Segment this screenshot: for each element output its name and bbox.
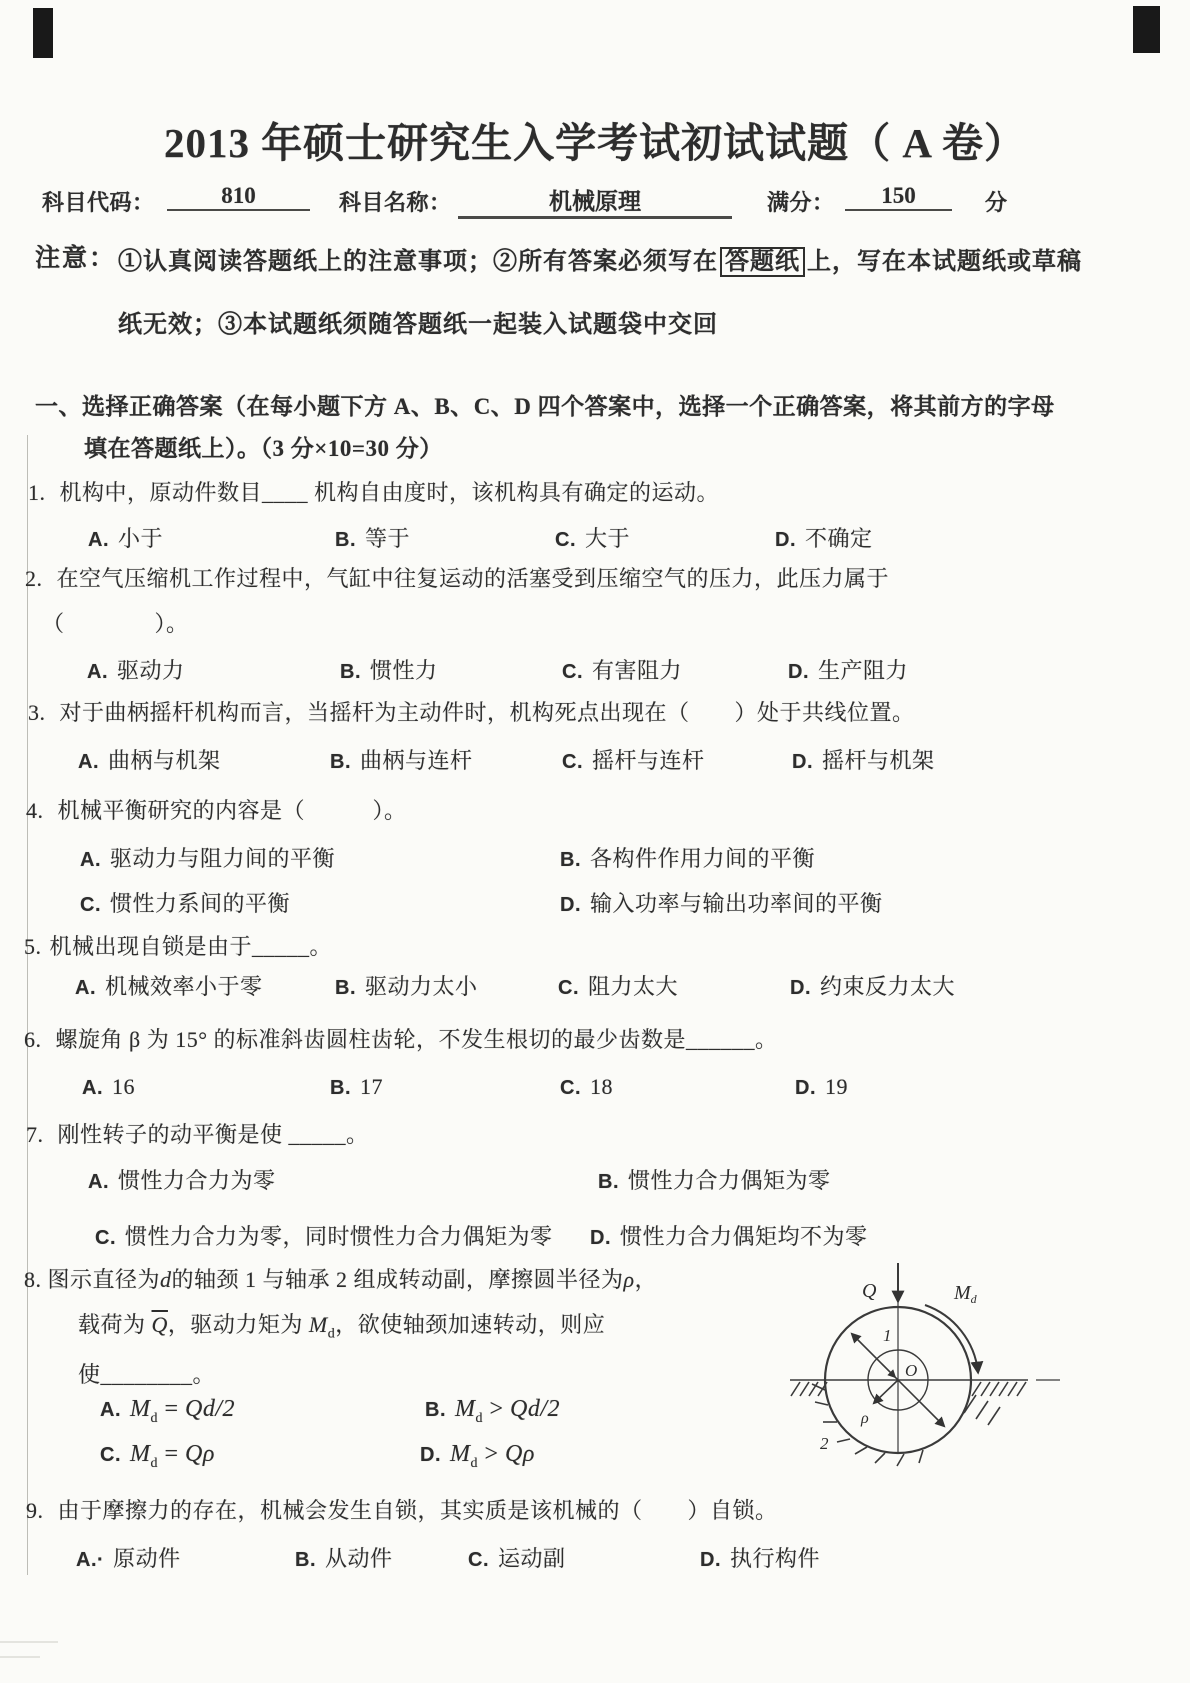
question-1-option-a: A.小于 <box>88 522 163 553</box>
math-sub: d <box>471 1456 479 1471</box>
question-9-option-a: A.·原动件 <box>76 1542 181 1573</box>
question-1-option-d: D.不确定 <box>775 522 873 553</box>
math-rhs: Qρ <box>185 1441 215 1467</box>
math-rhs: Qd/2 <box>510 1396 560 1422</box>
option-text: 摇杆与连杆 <box>592 748 705 773</box>
question-6-number: 6. <box>24 1027 42 1052</box>
math-m: M <box>130 1441 151 1467</box>
question-4-option-b: B.各构件作用力间的平衡 <box>560 842 815 873</box>
question-8-stem-line3: 使________。 <box>78 1358 215 1389</box>
notice-line-2: 纸无效；③本试题纸须随答题纸一起装入试题袋中交回 <box>118 304 718 339</box>
figure-load-label: Q <box>862 1280 877 1302</box>
question-7-option-b: B.惯性力合力偶矩为零 <box>598 1164 831 1195</box>
option-label: D. <box>792 751 813 773</box>
figure-part2-label: 2 <box>820 1434 829 1453</box>
option-text: 16 <box>112 1074 135 1099</box>
question-2: 2.在空气压缩机工作过程中，气缸中往复运动的活塞受到压缩空气的压力，此压力属于 <box>25 562 889 593</box>
question-7-option-a: A.惯性力合力为零 <box>88 1164 276 1195</box>
question-7: 7.刚性转子的动平衡是使 _____。 <box>26 1118 369 1149</box>
option-text: 驱动力太小 <box>365 974 478 999</box>
option-label: C. <box>95 1227 116 1249</box>
option-text: 运动副 <box>498 1546 566 1571</box>
math-rhs: Qρ <box>505 1441 535 1467</box>
q8-vector-q: Q <box>152 1312 168 1337</box>
math-m: M <box>455 1396 476 1422</box>
option-text: 大于 <box>585 526 630 551</box>
question-9-option-b: B.从动件 <box>295 1542 393 1573</box>
option-label: A. <box>82 1077 103 1099</box>
option-label: A. <box>88 529 109 551</box>
option-text: 约束反力太大 <box>820 974 955 999</box>
question-6-option-c: C.18 <box>560 1074 613 1100</box>
exam-paper-page: 2013 年硕士研究生入学考试初试试题（ A 卷） 科目代码： 810 科目名称… <box>0 0 1190 1683</box>
math-sub: d <box>151 1411 159 1426</box>
notice-line-1: ①认真阅读答题纸上的注意事项；②所有答案必须写在答题纸上，写在本试题纸或草稿 <box>118 241 1082 276</box>
question-3-option-b: B.曲柄与连杆 <box>330 744 473 775</box>
question-6-stem: 螺旋角 β 为 15° 的标准斜齿圆柱齿轮，不发生根切的最少齿数是______。 <box>56 1027 778 1052</box>
q8-journal-bearing-figure: Q Md O ρ 1 2 <box>778 1255 1078 1480</box>
question-4-stem: 机械平衡研究的内容是（ ）。 <box>58 798 407 823</box>
question-6: 6.螺旋角 β 为 15° 的标准斜齿圆柱齿轮，不发生根切的最少齿数是_____… <box>24 1023 778 1054</box>
option-text: 惯性力系间的平衡 <box>110 891 290 916</box>
question-7-option-d: D.惯性力合力偶矩均不为零 <box>590 1220 868 1251</box>
question-7-stem: 刚性转子的动平衡是使 _____。 <box>58 1122 369 1147</box>
question-8-option-c: C.Md = Qρ <box>100 1441 215 1472</box>
friction-radius-arrow <box>874 1380 898 1403</box>
option-label: D. <box>590 1227 611 1249</box>
option-label: D. <box>560 894 581 916</box>
question-4-option-c: C.惯性力系间的平衡 <box>80 887 290 918</box>
option-label: B. <box>425 1399 446 1421</box>
math-m: M <box>450 1441 471 1467</box>
question-3-option-c: C.摇杆与连杆 <box>562 744 705 775</box>
question-6-option-d: D.19 <box>795 1074 848 1100</box>
option-label: B. <box>295 1549 316 1571</box>
option-label: C. <box>558 977 579 999</box>
option-label: B. <box>335 529 356 551</box>
full-score-value: 150 <box>845 183 952 211</box>
question-1-number: 1. <box>28 480 46 505</box>
question-5-option-a: A.机械效率小于零 <box>75 970 263 1001</box>
question-8-number: 8. <box>24 1267 42 1292</box>
option-text: 惯性力合力为零 <box>118 1168 276 1193</box>
option-text: 生产阻力 <box>818 658 908 683</box>
notice-line1-post: 上，写在本试题纸或草稿 <box>807 249 1082 275</box>
question-5: 5.机械出现自锁是由于_____。 <box>24 930 332 961</box>
option-label: D. <box>775 529 796 551</box>
option-text: 执行构件 <box>730 1546 820 1571</box>
scan-mark-top-right <box>1133 6 1160 53</box>
question-9-option-c: C.运动副 <box>468 1542 566 1573</box>
option-label: A. <box>87 661 108 683</box>
option-text: 机械效率小于零 <box>105 974 263 999</box>
option-text: 不确定 <box>805 526 873 551</box>
question-9-number: 9. <box>26 1498 44 1523</box>
option-label: A. <box>75 977 96 999</box>
option-label: D. <box>790 977 811 999</box>
question-8-option-b: B.Md > Qd/2 <box>425 1396 560 1427</box>
question-3-number: 3. <box>28 700 46 725</box>
figure-center-label: O <box>905 1361 917 1380</box>
question-1: 1.机构中，原动件数目____ 机构自由度时，该机构具有确定的运动。 <box>28 476 719 507</box>
scan-artifact-line <box>0 1656 40 1658</box>
option-label: B. <box>330 1077 351 1099</box>
question-3-stem: 对于曲柄摇杆机构而言，当摇杆为主动件时，机构死点出现在（ ）处于共线位置。 <box>60 700 915 725</box>
question-1-stem: 机构中，原动件数目____ 机构自由度时，该机构具有确定的运动。 <box>60 480 720 505</box>
option-label: B. <box>335 977 356 999</box>
math-rel: = <box>165 1441 179 1467</box>
section1-heading-line1: 一、选择正确答案（在每小题下方 A、B、C、D 四个答案中，选择一个正确答案，将… <box>35 388 1055 421</box>
option-label: D. <box>700 1549 721 1571</box>
question-5-stem: 机械出现自锁是由于_____。 <box>50 934 333 959</box>
question-4: 4.机械平衡研究的内容是（ ）。 <box>26 794 407 825</box>
option-text: 19 <box>825 1074 848 1099</box>
figure-moment-label: Md <box>953 1282 978 1306</box>
question-2-stem-line2: （ ）。 <box>42 607 189 638</box>
option-label: C. <box>562 661 583 683</box>
notice-label: 注意： <box>35 238 116 274</box>
math-rel: = <box>165 1396 179 1422</box>
q8-stem3-pre: 使 <box>78 1362 101 1387</box>
question-3-option-a: A.曲柄与机架 <box>78 744 221 775</box>
question-1-option-b: B.等于 <box>335 522 410 553</box>
q8-blank: ________ <box>101 1362 193 1387</box>
question-5-option-c: C.阻力太大 <box>558 970 678 1001</box>
figure-part1-label: 1 <box>883 1326 892 1345</box>
option-text: 小于 <box>118 526 163 551</box>
q8-var-rho: ρ <box>624 1267 635 1292</box>
question-1-option-c: C.大于 <box>555 522 630 553</box>
question-2-stem-line1: 在空气压缩机工作过程中，气缸中往复运动的活塞受到压缩空气的压力，此压力属于 <box>57 566 890 591</box>
question-2-option-c: C.有害阻力 <box>562 654 682 685</box>
page-title: 2013 年硕士研究生入学考试初试试题（ A 卷） <box>0 110 1190 169</box>
math-sub: d <box>151 1456 159 1471</box>
option-label: A.· <box>76 1549 104 1571</box>
q8-stem2-mid: ，驱动力矩为 <box>168 1312 309 1337</box>
question-4-option-d: D.输入功率与输出功率间的平衡 <box>560 887 883 918</box>
question-8-stem-line2: 载荷为 Q，驱动力矩为 Md，欲使轴颈加速转动，则应 <box>78 1308 605 1342</box>
question-3: 3.对于曲柄摇杆机构而言，当摇杆为主动件时，机构死点出现在（ ）处于共线位置。 <box>28 696 915 727</box>
option-label: C. <box>562 751 583 773</box>
option-label: B. <box>330 751 351 773</box>
q8-stem2-end: ，欲使轴颈加速转动，则应 <box>335 1312 605 1337</box>
scan-mark-top-left <box>33 8 53 58</box>
option-label: C. <box>80 894 101 916</box>
question-4-option-a: A.驱动力与阻力间的平衡 <box>80 842 335 873</box>
option-label: B. <box>598 1171 619 1193</box>
section1-heading-line2: 填在答题纸上）。（3 分×10=30 分） <box>84 430 443 463</box>
question-9-stem: 由于摩擦力的存在，机械会发生自锁，其实质是该机械的（ ）自锁。 <box>58 1498 778 1523</box>
option-label: D. <box>788 661 809 683</box>
question-2-option-b: B.惯性力 <box>340 654 438 685</box>
subject-code-value: 810 <box>167 183 310 211</box>
q8-stem1-mid: 的轴颈 1 与轴承 2 组成转动副，摩擦圆半径为 <box>172 1267 624 1292</box>
option-text: 等于 <box>365 526 410 551</box>
option-label: A. <box>78 751 99 773</box>
option-text: 惯性力合力为零，同时惯性力合力偶矩为零 <box>125 1224 553 1249</box>
question-3-option-d: D.摇杆与机架 <box>792 744 935 775</box>
notice-boxed-term: 答题纸 <box>720 247 805 277</box>
q8-stem1-end: ， <box>635 1267 658 1292</box>
option-text: 驱动力与阻力间的平衡 <box>110 846 335 871</box>
question-7-option-c: C.惯性力合力为零，同时惯性力合力偶矩为零 <box>95 1220 553 1251</box>
option-label: D. <box>795 1077 816 1099</box>
option-text: 从动件 <box>325 1546 393 1571</box>
option-label: C. <box>555 529 576 551</box>
question-5-option-b: B.驱动力太小 <box>335 970 478 1001</box>
option-text: 曲柄与机架 <box>108 748 221 773</box>
option-text: 原动件 <box>113 1546 181 1571</box>
full-score-label: 满分： <box>767 186 835 217</box>
question-8-option-d: D.Md > Qρ <box>420 1441 535 1472</box>
q8-stem3-end: 。 <box>193 1362 216 1387</box>
math-m: M <box>130 1396 151 1422</box>
figure-rho-label: ρ <box>860 1410 869 1427</box>
question-9-option-d: D.执行构件 <box>700 1542 820 1573</box>
scan-artifact-line <box>0 1641 58 1643</box>
option-text: 摇杆与机架 <box>822 748 935 773</box>
option-label: C. <box>100 1444 121 1466</box>
option-text: 18 <box>590 1074 613 1099</box>
option-label: A. <box>80 849 101 871</box>
subject-code-label: 科目代码： <box>42 186 155 217</box>
option-text: 有害阻力 <box>592 658 682 683</box>
subject-name-value: 机械原理 <box>458 183 732 219</box>
q8-stem1-pre: 图示直径为 <box>48 1267 161 1292</box>
question-5-number: 5. <box>24 934 42 959</box>
option-label: B. <box>560 849 581 871</box>
question-2-option-d: D.生产阻力 <box>788 654 908 685</box>
question-7-number: 7. <box>26 1122 44 1147</box>
option-label: A. <box>88 1171 109 1193</box>
option-label: C. <box>468 1549 489 1571</box>
option-label: C. <box>560 1077 581 1099</box>
option-text: 惯性力 <box>370 658 438 683</box>
math-rhs: Qd/2 <box>185 1396 235 1422</box>
question-2-option-a: A.驱动力 <box>87 654 185 685</box>
scan-edge-line <box>27 435 28 1575</box>
question-8: 8.图示直径为d的轴颈 1 与轴承 2 组成转动副，摩擦圆半径为ρ， <box>24 1263 657 1294</box>
question-5-option-d: D.约束反力太大 <box>790 970 955 1001</box>
option-text: 惯性力合力偶矩为零 <box>628 1168 831 1193</box>
question-8-option-a: A.Md = Qd/2 <box>100 1396 235 1427</box>
option-text: 曲柄与连杆 <box>360 748 473 773</box>
question-4-number: 4. <box>26 798 44 823</box>
option-label: B. <box>340 661 361 683</box>
option-text: 阻力太大 <box>588 974 678 999</box>
subject-name-label: 科目名称： <box>339 186 452 217</box>
score-unit: 分 <box>985 186 1008 217</box>
q8-stem2-pre: 载荷为 <box>78 1312 152 1337</box>
question-6-option-b: B.17 <box>330 1074 383 1100</box>
option-label: A. <box>100 1399 121 1421</box>
option-text: 驱动力 <box>117 658 185 683</box>
notice-line1-pre: ①认真阅读答题纸上的注意事项；②所有答案必须写在 <box>118 249 718 275</box>
option-text: 输入功率与输出功率间的平衡 <box>590 891 883 916</box>
math-sub: d <box>476 1411 484 1426</box>
q8-var-d: d <box>160 1267 172 1292</box>
question-9: 9.由于摩擦力的存在，机械会发生自锁，其实质是该机械的（ ）自锁。 <box>26 1494 778 1525</box>
q8-moment-symbol: M <box>309 1312 328 1337</box>
option-text: 惯性力合力偶矩均不为零 <box>620 1224 868 1249</box>
question-6-option-a: A.16 <box>82 1074 135 1100</box>
option-label: D. <box>420 1444 441 1466</box>
option-text: 各构件作用力间的平衡 <box>590 846 815 871</box>
math-rel: > <box>490 1396 504 1422</box>
question-2-number: 2. <box>25 566 43 591</box>
option-text: 17 <box>360 1074 383 1099</box>
math-rel: > <box>485 1441 499 1467</box>
